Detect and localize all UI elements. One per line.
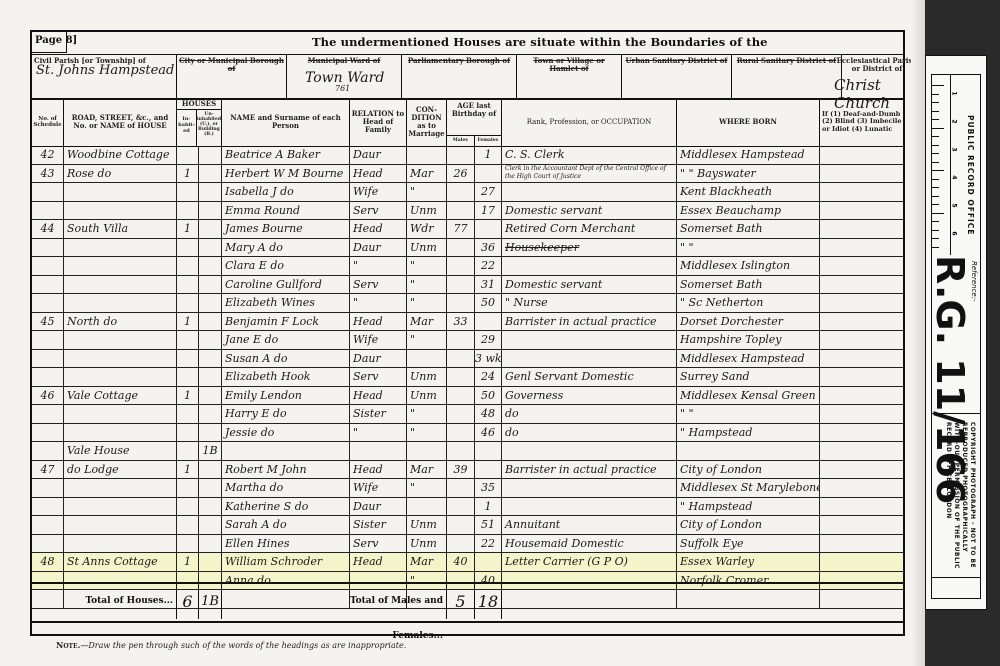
cell-inhabited: [177, 257, 199, 275]
col-name: NAME and Surname of each Person: [222, 98, 350, 146]
cell-schedule: [32, 516, 64, 534]
cell-name: William Schroder: [222, 553, 350, 571]
cell-inhabited: [177, 146, 199, 164]
cell-male-age: [447, 442, 475, 460]
table-row: Ellen HinesServUnm22Housemaid DomesticSu…: [32, 535, 903, 554]
cell-occupation: Retired Corn Merchant: [502, 220, 677, 238]
district-urban-sanitary: Urban Sanitary District of: [622, 54, 732, 98]
cell-relation: Daur: [350, 498, 407, 516]
cell-born: Surrey Sand: [677, 368, 820, 386]
cell-born: [677, 442, 820, 460]
col-houses-label: HOUSES: [182, 100, 216, 108]
cell-occupation: Domestic servant: [502, 202, 677, 220]
cell-uninhabited: [199, 276, 222, 294]
cell-infirmity: [820, 146, 903, 164]
cell-condition: Mar: [407, 461, 447, 479]
cell-occupation: Clerk in the Accountant Dept of the Cent…: [502, 165, 677, 183]
cell-schedule: [32, 202, 64, 220]
cell-uninhabited: [199, 202, 222, 220]
cell-occupation: Barrister in actual practice: [502, 313, 677, 331]
cell-born: " ": [677, 239, 820, 257]
ruler-tick: [932, 136, 939, 137]
total-females: 18: [475, 584, 502, 619]
cell-uninhabited: [199, 257, 222, 275]
cell-female-age: 51: [475, 516, 502, 534]
cell-born: Suffolk Eye: [677, 535, 820, 553]
cell-uninhabited: [199, 516, 222, 534]
cell-male-age: [447, 239, 475, 257]
cell-road: Vale House: [64, 442, 177, 460]
cell-born: Middlesex Hampstead: [677, 146, 820, 164]
cell-inhabited: [177, 405, 199, 423]
ruler-tick: [932, 111, 939, 112]
cell-male-age: [447, 368, 475, 386]
table-row: Katherine S doDaur1" Hampstead: [32, 498, 903, 517]
cell-born: " Sc Netherton: [677, 294, 820, 312]
cell-uninhabited: [199, 220, 222, 238]
cell-female-age: [475, 442, 502, 460]
cell-infirmity: [820, 498, 903, 516]
cell-road: [64, 202, 177, 220]
district-label: Town or Village or Hamlet of: [517, 54, 621, 73]
cell-name: James Bourne: [222, 220, 350, 238]
district-parliamentary-borough: Parliamentary Borough of: [402, 54, 517, 98]
cell-inhabited: [177, 276, 199, 294]
col-where-born: WHERE BORN: [677, 98, 820, 146]
cell-uninhabited: [199, 368, 222, 386]
cell-uninhabited: [199, 461, 222, 479]
cell-condition: ": [407, 424, 447, 442]
cell-occupation: Housekeeper: [502, 239, 677, 257]
table-row: Harry E doSister"48do" ": [32, 405, 903, 424]
ruler-tick: [932, 85, 944, 86]
cell-relation: Daur: [350, 350, 407, 368]
ruler-tick: [932, 94, 939, 95]
cell-name: Emma Round: [222, 202, 350, 220]
cell-female-age: [475, 313, 502, 331]
total-houses-label: Total of Houses...: [32, 584, 177, 619]
district-label: Urban Sanitary District of: [622, 54, 731, 65]
cell-road: St Anns Cottage: [64, 553, 177, 571]
cell-relation: Daur: [350, 146, 407, 164]
district-subvalue: 761: [335, 84, 350, 93]
cell-born: City of London: [677, 461, 820, 479]
cell-uninhabited: [199, 387, 222, 405]
cell-infirmity: [820, 535, 903, 553]
cell-name: Susan A do: [222, 350, 350, 368]
cell-uninhabited: [199, 146, 222, 164]
col-uninhabited: Un-inhabited (U.), or Building (B.): [197, 110, 221, 146]
struck-text: Housekeeper: [505, 241, 579, 254]
cell-male-age: [447, 257, 475, 275]
cell-male-age: [447, 146, 475, 164]
cell-uninhabited: [199, 294, 222, 312]
cell-born: Middlesex St Marylebone: [677, 479, 820, 497]
cell-road: [64, 350, 177, 368]
ruler-tick: [932, 221, 939, 222]
cell-female-age: 27: [475, 183, 502, 201]
table-row: Elizabeth Wines""50" Nurse" Sc Netherton: [32, 294, 903, 313]
table-row: 48St Anns Cottage1William SchroderHeadMa…: [32, 553, 903, 572]
cell-occupation: [502, 257, 677, 275]
cell-male-age: [447, 424, 475, 442]
cell-inhabited: [177, 498, 199, 516]
table-row: Mary A doDaurUnm36Housekeeper" ": [32, 239, 903, 258]
cell-relation: Head: [350, 165, 407, 183]
ruler-tick: [932, 179, 939, 180]
cell-relation: Daur: [350, 239, 407, 257]
cell-relation: Sister: [350, 405, 407, 423]
cell-name: Caroline Gullford: [222, 276, 350, 294]
cell-infirmity: [820, 183, 903, 201]
cell-infirmity: [820, 239, 903, 257]
cell-relation: Serv: [350, 535, 407, 553]
table-row: Emma RoundServUnm17Domestic servantEssex…: [32, 202, 903, 221]
ruler-tick: [932, 119, 939, 120]
cell-occupation: C. S. Clerk: [502, 146, 677, 164]
cell-occupation: Letter Carrier (G P O): [502, 553, 677, 571]
cell-occupation: do: [502, 424, 677, 442]
archive-reference-card: PUBLIC RECORD OFFICE 123456 Reference:- …: [925, 55, 987, 610]
cell-female-age: [475, 165, 502, 183]
ruler-tick: [932, 162, 939, 163]
cell-female-age: 3 wks: [475, 350, 502, 368]
cell-inhabited: [177, 442, 199, 460]
cell-road: [64, 331, 177, 349]
cell-schedule: [32, 424, 64, 442]
cell-schedule: [32, 405, 64, 423]
cell-infirmity: [820, 479, 903, 497]
table-row: Sarah A doSisterUnm51AnnuitantCity of Lo…: [32, 516, 903, 535]
district-label: Ecclesiastical Parish or District of: [832, 54, 922, 73]
cell-born: Somerset Bath: [677, 220, 820, 238]
cell-condition: ": [407, 276, 447, 294]
cell-relation: ": [350, 257, 407, 275]
cell-condition: [407, 442, 447, 460]
cell-condition: Unm: [407, 202, 447, 220]
cell-relation: [350, 442, 407, 460]
col-relation: RELATION to Head of Family: [350, 98, 407, 146]
cell-female-age: 46: [475, 424, 502, 442]
cell-condition: Unm: [407, 387, 447, 405]
table-row: Isabella J doWife"27Kent Blackheath: [32, 183, 903, 202]
cell-uninhabited: [199, 239, 222, 257]
ruler-tick: [932, 204, 939, 205]
cell-schedule: [32, 442, 64, 460]
table-row: 43Rose do1Herbert W M BourneHeadMar26Cle…: [32, 165, 903, 184]
cell-condition: [407, 498, 447, 516]
cell-uninhabited: [199, 405, 222, 423]
cell-relation: Head: [350, 387, 407, 405]
cell-inhabited: [177, 424, 199, 442]
cell-name: Herbert W M Bourne: [222, 165, 350, 183]
ruler-tick: [932, 196, 939, 197]
cell-born: Kent Blackheath: [677, 183, 820, 201]
cell-relation: Wife: [350, 183, 407, 201]
cell-occupation: [502, 498, 677, 516]
district-ecclesiastical-parish: Ecclesiastical Parish or District of Chr…: [842, 54, 903, 98]
scale-number: 2: [951, 119, 958, 123]
cell-condition: ": [407, 405, 447, 423]
cell-female-age: 48: [475, 405, 502, 423]
cell-condition: [407, 350, 447, 368]
cell-condition: Mar: [407, 165, 447, 183]
cell-schedule: [32, 535, 64, 553]
public-record-office-label: PUBLIC RECORD OFFICE: [966, 115, 975, 235]
col-males: Males: [447, 136, 475, 146]
cell-road: [64, 294, 177, 312]
cell-occupation: [502, 350, 677, 368]
cell-inhabited: [177, 183, 199, 201]
cell-road: [64, 257, 177, 275]
footnote: Note.—Draw the pen through such of the w…: [56, 640, 406, 650]
cell-occupation: [502, 479, 677, 497]
cell-relation: Wife: [350, 331, 407, 349]
total-males: 5: [447, 584, 475, 619]
cell-infirmity: [820, 516, 903, 534]
cell-female-age: 22: [475, 257, 502, 275]
cell-occupation: do: [502, 405, 677, 423]
cell-uninhabited: [199, 553, 222, 571]
cell-schedule: 45: [32, 313, 64, 331]
cell-occupation: Governess: [502, 387, 677, 405]
table-row: Jane E doWife"29Hampshire Topley: [32, 331, 903, 350]
cell-condition: ": [407, 294, 447, 312]
census-form: Page 8] The undermentioned Houses are si…: [30, 30, 905, 636]
scale-number: 3: [951, 147, 958, 151]
cell-born: " " Bayswater: [677, 165, 820, 183]
cell-relation: Sister: [350, 516, 407, 534]
cell-name: Jane E do: [222, 331, 350, 349]
cell-schedule: [32, 294, 64, 312]
table-row: 47do Lodge1Robert M JohnHeadMar39Barrist…: [32, 461, 903, 480]
district-municipal-borough: City or Municipal Borough of: [177, 54, 287, 98]
cell-road: do Lodge: [64, 461, 177, 479]
cell-infirmity: [820, 461, 903, 479]
cell-schedule: [32, 257, 64, 275]
cell-inhabited: [177, 479, 199, 497]
ruler-tick: [932, 153, 939, 154]
cell-road: [64, 498, 177, 516]
cell-female-age: 36: [475, 239, 502, 257]
cell-born: " Hampstead: [677, 498, 820, 516]
cell-infirmity: [820, 276, 903, 294]
cell-inhabited: [177, 239, 199, 257]
cell-uninhabited: [199, 313, 222, 331]
cell-relation: ": [350, 294, 407, 312]
cell-relation: ": [350, 424, 407, 442]
district-town-village: Town or Village or Hamlet of: [517, 54, 622, 98]
ruler-tick: [932, 128, 944, 129]
table-row: Jessie do""46do" Hampstead: [32, 424, 903, 443]
table-row: 46Vale Cottage1Emily LendonHeadUnm50Gove…: [32, 387, 903, 406]
cell-infirmity: [820, 424, 903, 442]
cell-road: [64, 516, 177, 534]
cell-male-age: 77: [447, 220, 475, 238]
cell-female-age: 31: [475, 276, 502, 294]
cell-road: [64, 479, 177, 497]
cell-schedule: [32, 498, 64, 516]
cell-male-age: 26: [447, 165, 475, 183]
district-label: City or Municipal Borough of: [177, 54, 286, 73]
cell-born: Dorset Dorchester: [677, 313, 820, 331]
cell-male-age: [447, 535, 475, 553]
copyright-notice: COPYRIGHT PHOTOGRAPH - NOT TO BE REPRODU…: [944, 422, 976, 572]
cell-inhabited: [177, 331, 199, 349]
cell-infirmity: [820, 553, 903, 571]
cell-road: Rose do: [64, 165, 177, 183]
cell-occupation: [502, 183, 677, 201]
cell-uninhabited: [199, 165, 222, 183]
cell-road: [64, 183, 177, 201]
col-inhabited: In-habit-ed: [177, 110, 197, 146]
cell-male-age: [447, 479, 475, 497]
cell-uninhabited: [199, 331, 222, 349]
cell-condition: Unm: [407, 535, 447, 553]
cell-male-age: [447, 331, 475, 349]
cell-inhabited: 1: [177, 553, 199, 571]
cell-condition: [407, 146, 447, 164]
cell-born: Middlesex Islington: [677, 257, 820, 275]
cell-occupation: Domestic servant: [502, 276, 677, 294]
cell-female-age: 50: [475, 294, 502, 312]
total-uninhabited: 1B: [199, 584, 222, 619]
cell-inhabited: 1: [177, 313, 199, 331]
cell-uninhabited: [199, 535, 222, 553]
ruler-tick: [932, 238, 939, 239]
table-row: Susan A doDaur3 wksMiddlesex Hampstead: [32, 350, 903, 369]
cell-name: Robert M John: [222, 461, 350, 479]
cell-road: [64, 276, 177, 294]
footnote-text: —Draw the pen through such of the words …: [80, 641, 406, 650]
cell-female-age: 50: [475, 387, 502, 405]
scale-number: 6: [951, 231, 958, 235]
col-houses: HOUSES In-habit-ed Un-inhabited (U.), or…: [177, 98, 222, 146]
cell-born: Essex Warley: [677, 553, 820, 571]
ruler-tick: [932, 102, 939, 103]
public-record-office-box: PUBLIC RECORD OFFICE: [950, 75, 984, 255]
cell-born: Somerset Bath: [677, 276, 820, 294]
cell-name: Isabella J do: [222, 183, 350, 201]
cell-name: Elizabeth Hook: [222, 368, 350, 386]
cell-female-age: 22: [475, 535, 502, 553]
cell-uninhabited: 1B: [199, 442, 222, 460]
cell-male-age: [447, 276, 475, 294]
col-females: Females: [475, 136, 502, 146]
cell-condition: ": [407, 479, 447, 497]
cell-male-age: [447, 202, 475, 220]
cell-inhabited: 1: [177, 461, 199, 479]
cell-schedule: 43: [32, 165, 64, 183]
cell-relation: Serv: [350, 276, 407, 294]
cell-female-age: [475, 553, 502, 571]
cell-born: Essex Beauchamp: [677, 202, 820, 220]
cell-condition: Unm: [407, 516, 447, 534]
cell-male-age: [447, 294, 475, 312]
district-municipal-ward: Municipal Ward of Town Ward 761: [287, 54, 402, 98]
cell-road: [64, 424, 177, 442]
cell-infirmity: [820, 294, 903, 312]
cell-infirmity: [820, 313, 903, 331]
ruler-tick: [932, 170, 944, 171]
cell-schedule: [32, 239, 64, 257]
cell-inhabited: 1: [177, 387, 199, 405]
cell-name: Beatrice A Baker: [222, 146, 350, 164]
cell-relation: Serv: [350, 202, 407, 220]
cell-name: Katherine S do: [222, 498, 350, 516]
cell-condition: ": [407, 331, 447, 349]
cell-infirmity: [820, 202, 903, 220]
cell-female-age: 1: [475, 146, 502, 164]
ruler-tick: [932, 213, 944, 214]
cell-inhabited: 1: [177, 220, 199, 238]
total-inhabited: 6: [177, 584, 199, 619]
cell-female-age: [475, 461, 502, 479]
table-row: 44South Villa1James BourneHeadWdr77Retir…: [32, 220, 903, 239]
scale-number: 1: [951, 91, 958, 95]
cell-road: [64, 239, 177, 257]
table-row: 42Woodbine CottageBeatrice A BakerDaur1C…: [32, 146, 903, 165]
cell-road: [64, 368, 177, 386]
cell-name: Martha do: [222, 479, 350, 497]
cell-female-age: 35: [475, 479, 502, 497]
cell-uninhabited: [199, 498, 222, 516]
cell-inhabited: [177, 516, 199, 534]
cell-infirmity: [820, 165, 903, 183]
cell-schedule: [32, 368, 64, 386]
cell-name: Jessie do: [222, 424, 350, 442]
cell-name: Mary A do: [222, 239, 350, 257]
col-condition: CON-DITION as to Marriage: [407, 98, 447, 146]
cell-infirmity: [820, 331, 903, 349]
table-row: Martha doWife"35Middlesex St Marylebone: [32, 479, 903, 498]
cell-inhabited: [177, 294, 199, 312]
cell-schedule: [32, 183, 64, 201]
cell-uninhabited: [199, 424, 222, 442]
district-civil-parish: Civil Parish [or Township] of St. Johns …: [32, 54, 177, 98]
form-title: The undermentioned Houses are situate wi…: [312, 35, 768, 49]
footnote-prefix: Note.: [56, 640, 80, 650]
cell-condition: ": [407, 257, 447, 275]
cell-inhabited: 1: [177, 165, 199, 183]
table-row: Elizabeth HookServUnm24Genl Servant Dome…: [32, 368, 903, 387]
cell-occupation: " Nurse: [502, 294, 677, 312]
cell-schedule: [32, 479, 64, 497]
col-age: AGE last Birthday of Males Females: [447, 98, 502, 146]
cell-infirmity: [820, 387, 903, 405]
cell-male-age: [447, 516, 475, 534]
district-value: St. Johns Hampstead: [36, 64, 176, 78]
cell-schedule: 46: [32, 387, 64, 405]
col-age-label: AGE last Birthday of: [447, 102, 501, 118]
cell-born: " ": [677, 405, 820, 423]
cell-female-age: 1: [475, 498, 502, 516]
cell-male-age: [447, 387, 475, 405]
cell-condition: Unm: [407, 368, 447, 386]
cell-schedule: 42: [32, 146, 64, 164]
cell-relation: Head: [350, 461, 407, 479]
cell-schedule: [32, 276, 64, 294]
district-label: Rural Sanitary District of: [732, 54, 841, 65]
district-rural-sanitary: Rural Sanitary District of: [732, 54, 842, 98]
cell-relation: Head: [350, 220, 407, 238]
cell-name: Sarah A do: [222, 516, 350, 534]
col-road: ROAD, STREET, &c., and No. or NAME of HO…: [64, 98, 177, 146]
page-number: Page 8]: [35, 35, 77, 46]
houses-subcols: In-habit-ed Un-inhabited (U.), or Buildi…: [177, 109, 221, 146]
cell-name: Clara E do: [222, 257, 350, 275]
cell-female-age: [475, 220, 502, 238]
